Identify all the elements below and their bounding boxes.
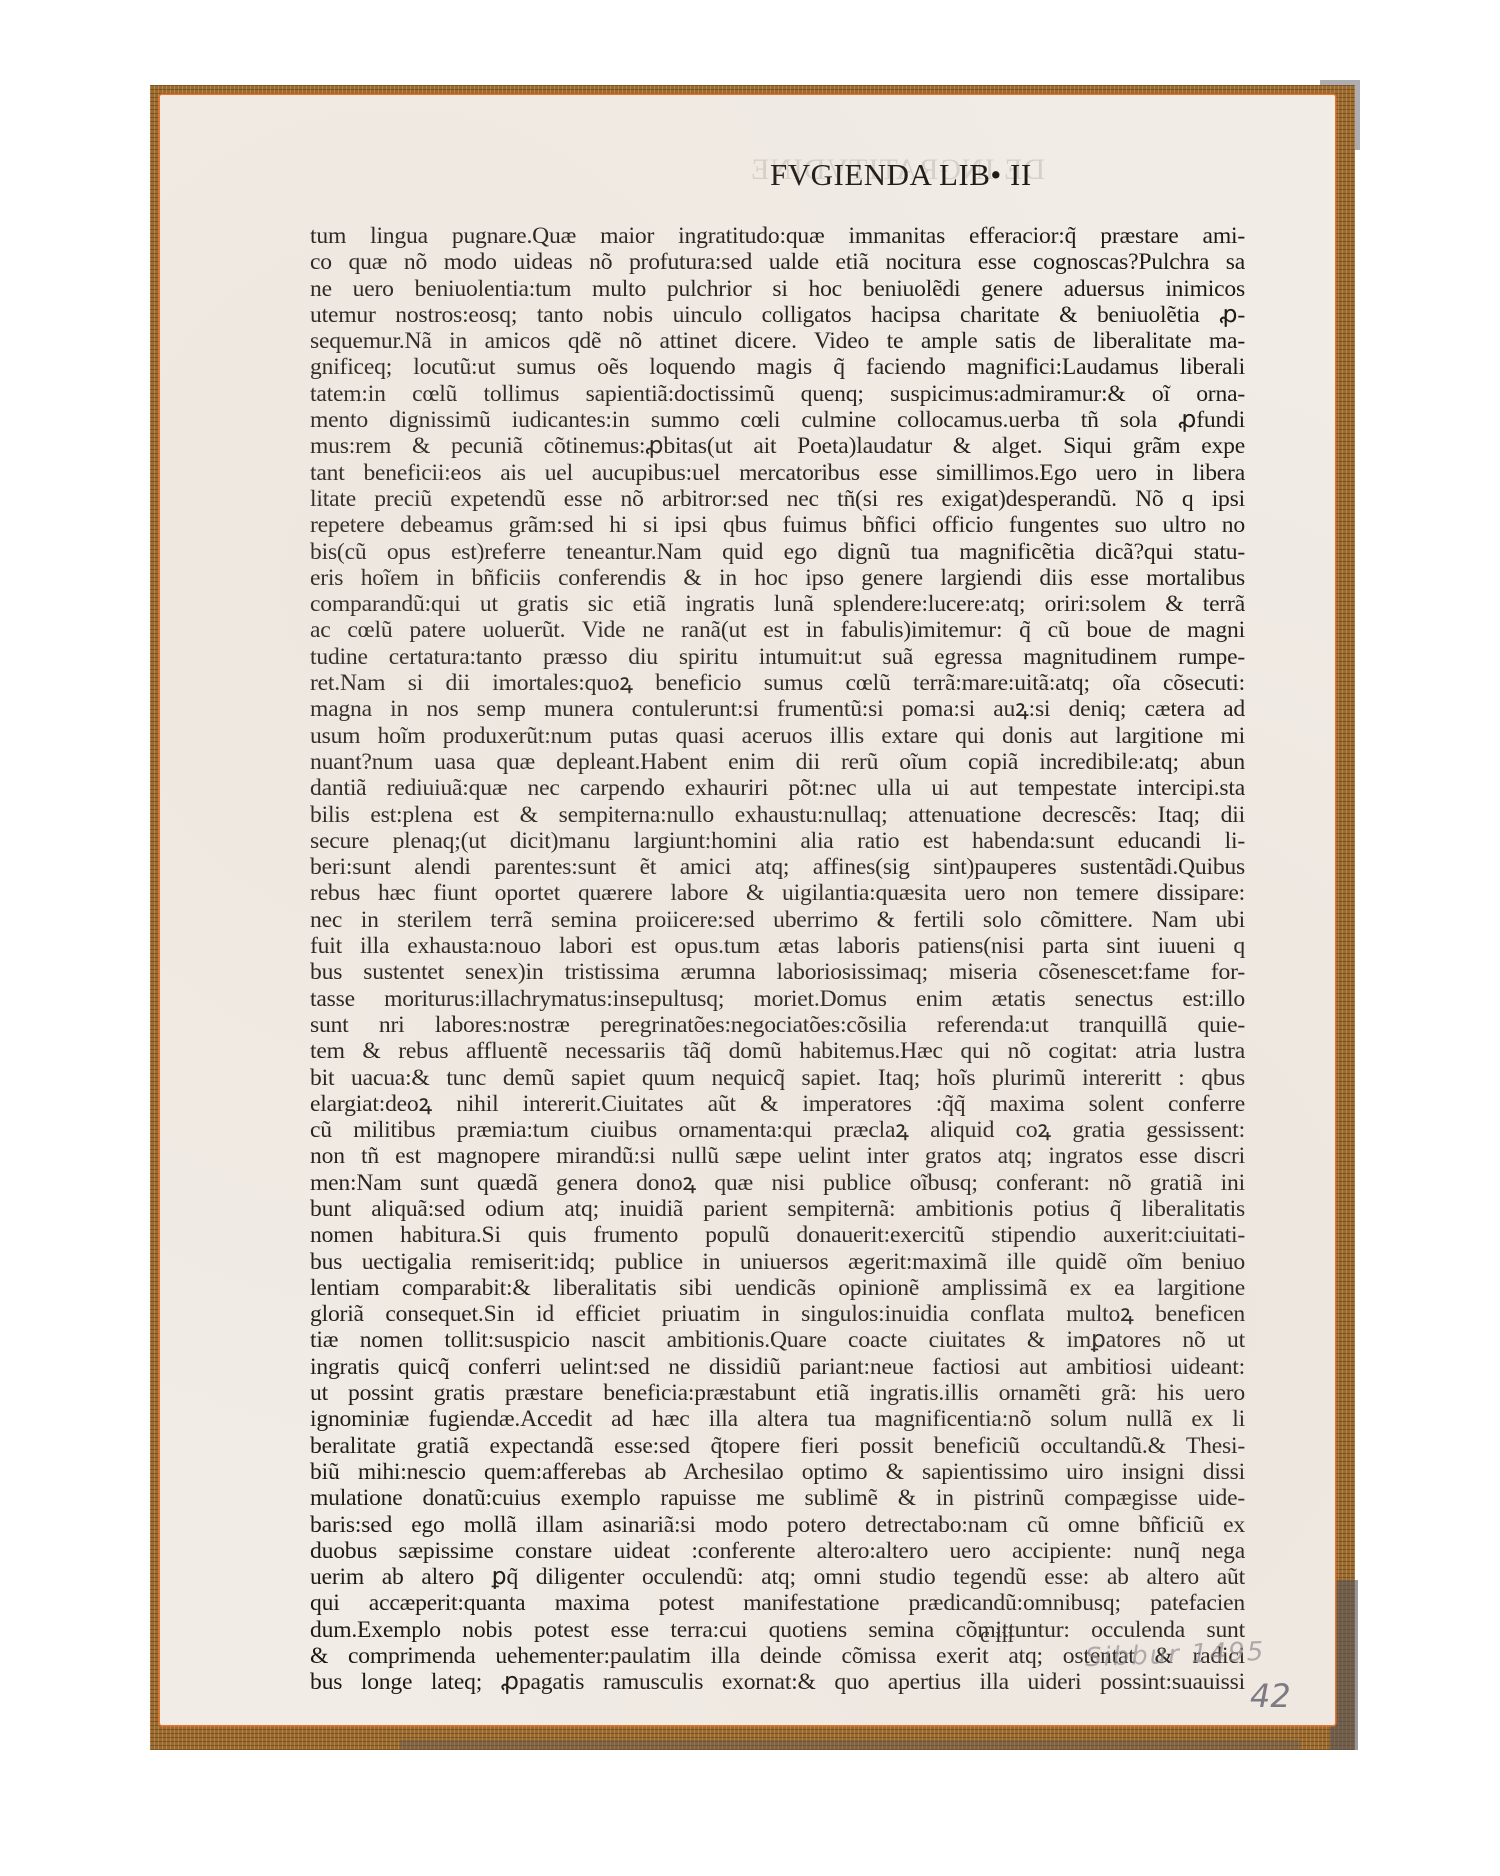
text-line: bis(cũ opus est)referre teneantur.Nam qu… <box>310 539 1245 565</box>
leaf-number: 42 <box>1250 1677 1291 1715</box>
text-line: beri:sunt alendi parentes:sunt ẽt amici … <box>310 854 1245 880</box>
text-line: baris:sed ego mollã illam asinariã:si mo… <box>310 1512 1245 1538</box>
pencil-annotation: Sibbur 1495 <box>1085 1637 1266 1673</box>
text-line: ac cœlũ patere uoluerũt. Vide ne ranã(ut… <box>310 617 1245 643</box>
text-line: eris hoĩem in bñficiis conferendis & in … <box>310 565 1245 591</box>
text-line: qui accæperit:quanta maxima potest manif… <box>310 1590 1245 1616</box>
text-line: elargiat:deoꝝ nihil intererit.Ciuitates … <box>310 1091 1245 1117</box>
text-line: usum hoĩm produxerũt:num putas quasi ace… <box>310 723 1245 749</box>
text-line: sequemur.Nã in amicos qdẽ nõ attinet dic… <box>310 328 1245 354</box>
text-line: bus sustentet senex)in tristissima ærumn… <box>310 959 1245 985</box>
text-line: co quæ nõ modo uideas nõ profutura:sed u… <box>310 249 1245 275</box>
text-line: duobus sæpissime constare uideat :confer… <box>310 1538 1245 1564</box>
running-head: FVGIENDA LIB• II <box>770 157 1032 193</box>
text-line: men:Nam sunt quædã genera donoꝝ quæ nisi… <box>310 1170 1245 1196</box>
text-line: tant beneficii:eos ais uel aucupibus:uel… <box>310 460 1245 486</box>
text-line: gnificeq; locutũ:ut sumus oẽs loquendo m… <box>310 354 1245 380</box>
text-line: bus longe lateq; ꝓpagatis ramusculis exo… <box>310 1669 1245 1695</box>
text-line: magna in nos semp munera contulerunt:si … <box>310 696 1245 722</box>
text-line: dantiã rediuiuã:quæ nec carpendo exhauri… <box>310 775 1245 801</box>
text-line: bunt aliquã:sed odium atq; inuidiã parie… <box>310 1196 1245 1222</box>
text-line: ut possint gratis præstare beneficia:præ… <box>310 1380 1245 1406</box>
text-line: nuant?num uasa quæ depleant.Habent enim … <box>310 749 1245 775</box>
text-line: secure plenaq;(ut dicit)manu largiunt:ho… <box>310 828 1245 854</box>
text-line: ingratis quicq̃ conferri uelint:sed ne d… <box>310 1354 1245 1380</box>
text-line: ignominiæ fugiendæ.Accedit ad hæc illa a… <box>310 1406 1245 1432</box>
text-line: ret.Nam si dii imortales:quoꝝ beneficio … <box>310 670 1245 696</box>
text-line: nec in sterilem terrã semina proiicere:s… <box>310 907 1245 933</box>
text-line: dum.Exemplo nobis potest esse terra:cui … <box>310 1617 1245 1643</box>
mount-shadow <box>400 1740 1300 1750</box>
text-line: litate preciũ expetendũ esse nõ arbitror… <box>310 486 1245 512</box>
text-line: tiæ nomen tollit:suspicio nascit ambitio… <box>310 1327 1245 1353</box>
text-line: mus:rem & pecuniã cõtinemus:ꝓbitas(ut ai… <box>310 433 1245 459</box>
text-line: tudine certatura:tanto præsso diu spirit… <box>310 644 1245 670</box>
text-line: fuit illa exhausta:nouo labori est opus.… <box>310 933 1245 959</box>
text-line: nomen habitura.Si quis frumento populũ d… <box>310 1222 1245 1248</box>
text-line: non tñ est magnopere mirandũ:si nullũ sæ… <box>310 1143 1245 1169</box>
text-line: rebus hæc fiunt oportet quærere labore &… <box>310 880 1245 906</box>
text-line: tasse moriturus:illachrymatus:insepultus… <box>310 986 1245 1012</box>
text-line: utemur nostros:eosq; tanto nobis uinculo… <box>310 302 1245 328</box>
text-line: ne uero beniuolentia:tum multo pulchrior… <box>310 276 1245 302</box>
text-line: repetere debeamus grãm:sed hi si ipsi qb… <box>310 512 1245 538</box>
text-line: tem & rebus affluentẽ necessariis tãq̃ d… <box>310 1038 1245 1064</box>
text-line: tatem:in cœlũ tollimus sapientiã:doctiss… <box>310 381 1245 407</box>
text-line: beralitate gratiã expectandã esse:sed q̃… <box>310 1433 1245 1459</box>
text-line: comparandũ:qui ut gratis sic etiã ingrat… <box>310 591 1245 617</box>
text-line: bit uacua:& tunc demũ sapiet quum nequic… <box>310 1065 1245 1091</box>
text-line: mento dignissimũ iudicantes:in summo cœl… <box>310 407 1245 433</box>
text-line: bus uectigalia remiserit:idq; publice in… <box>310 1249 1245 1275</box>
text-line: gloriã consequet.Sin id efficiet priuati… <box>310 1301 1245 1327</box>
signature-mark: c iii <box>980 1622 1014 1648</box>
text-line: bilis est:plena est & sempiterna:nullo e… <box>310 802 1245 828</box>
body-text: tum lingua pugnare.Quæ maior ingratitudo… <box>310 223 1245 1696</box>
text-line: uerim ab altero ꝑq̃ diligenter occulendũ… <box>310 1564 1245 1590</box>
text-line: lentiam comparabit:& liberalitatis sibi … <box>310 1275 1245 1301</box>
text-line: tum lingua pugnare.Quæ maior ingratitudo… <box>310 223 1245 249</box>
text-line: sunt nri labores:nostræ peregrinatões:ne… <box>310 1012 1245 1038</box>
text-line: cũ militibus præmia:tum ciuibus ornament… <box>310 1117 1245 1143</box>
text-line: mulatione donatũ:cuius exemplo rapuisse … <box>310 1485 1245 1511</box>
text-line: biũ mihi:nescio quem:afferebas ab Arches… <box>310 1459 1245 1485</box>
incunabula-leaf: DE INGRATITVDINE FVGIENDA LIB• II tum li… <box>160 95 1335 1725</box>
